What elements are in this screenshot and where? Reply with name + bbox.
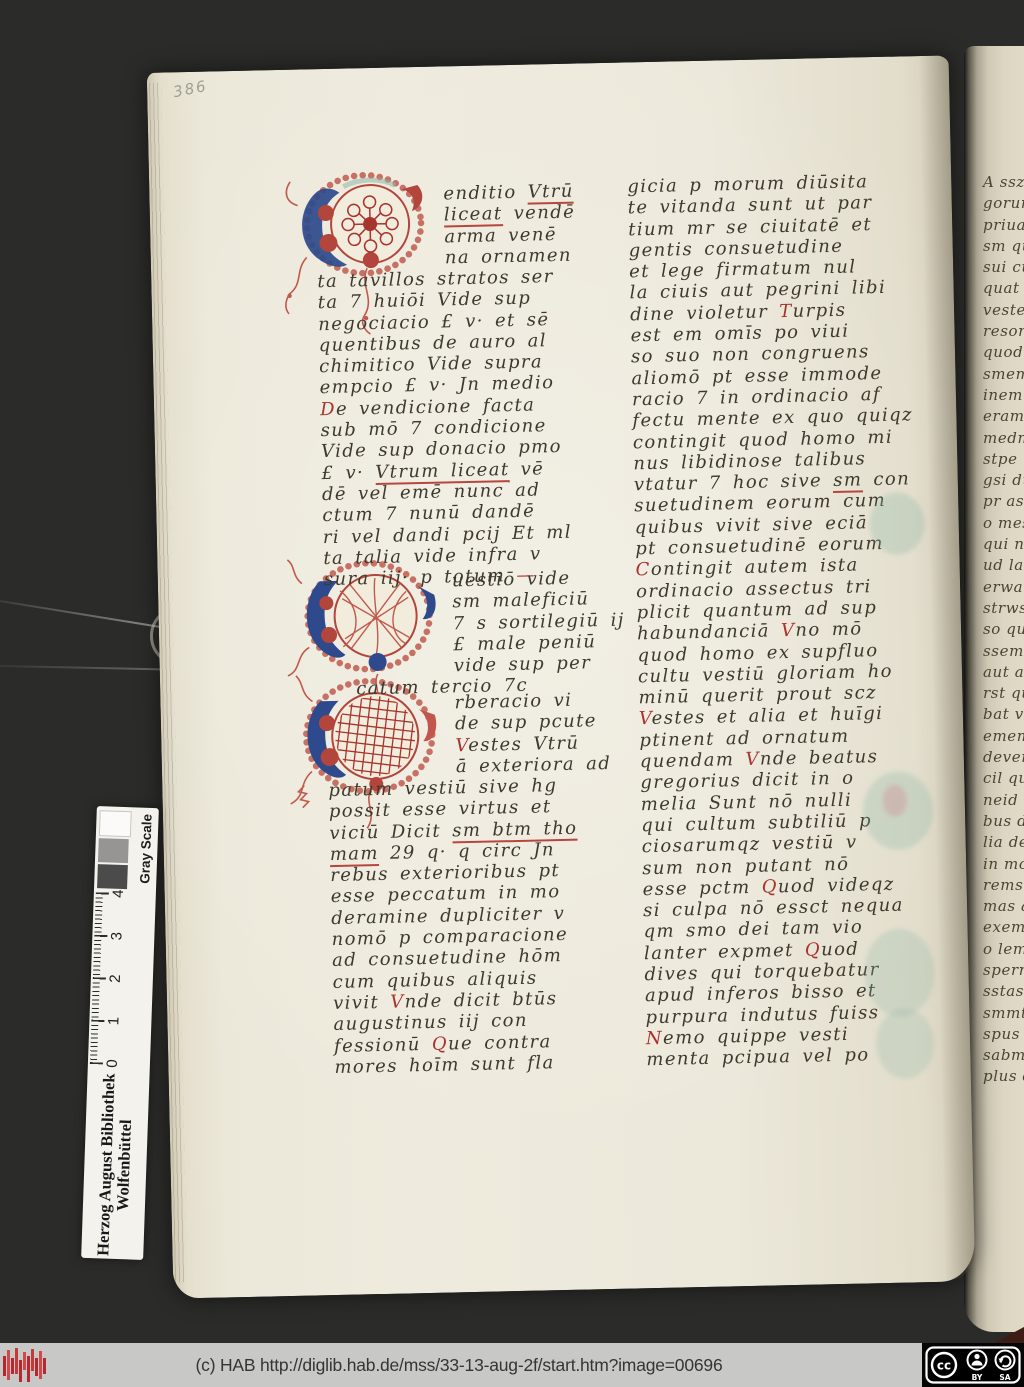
manuscript-line: gorum ms [983, 193, 1024, 214]
manuscript-line: quod mimo [983, 342, 1024, 363]
manuscript-line: neid cultus [983, 790, 1024, 811]
gray-scale-ruler-card: Herzog August Bibliothek Wolfenbüttel 01… [81, 806, 159, 1260]
manuscript-line: gsi duplex m [983, 470, 1024, 491]
manuscript-line: sstas quo sub [983, 981, 1024, 1002]
manuscript-line: smem arpo [983, 364, 1024, 385]
manuscript-line: smmt do desp [983, 1003, 1024, 1024]
manuscript-line: A ssz credr [983, 172, 1024, 193]
centimeter-ruler: 01234 [88, 888, 156, 1072]
manuscript-line: aut ad molli [983, 662, 1024, 683]
left-column-block3: patum vestiū sive hgpossit esse virtus e… [328, 775, 583, 1078]
svg-text:BY: BY [972, 1373, 983, 1382]
manuscript-line: emem ut ve [983, 726, 1024, 747]
manuscript-line: arma venē [444, 223, 576, 247]
manuscript-line: strws quod a [983, 598, 1024, 619]
cc-by-sa-badge: cc BY SA [922, 1343, 1024, 1387]
manuscript-line: lia de smeue [983, 832, 1024, 853]
manuscript-line: 7 s sortilegiū ij [453, 609, 625, 634]
manuscript-line: o lemussi css [983, 939, 1024, 960]
left-column-block1-beside-initial: enditio Vtrūliceat vendēarma venēna orna… [315, 181, 576, 272]
manuscript-line: enditio Vtrū [443, 181, 575, 205]
facing-page-text: A ssz credrgorum mspriuam qusm quod bsui… [983, 172, 1024, 1088]
manuscript-line: o mestuzemo [983, 513, 1024, 534]
ruler-number: 3 [108, 932, 125, 941]
page-holder-thread [0, 600, 170, 629]
manuscript-line: inem vesti [983, 385, 1024, 406]
manuscript-line: ssemo eidm [983, 641, 1024, 662]
manuscript-line: liceat vendē [444, 202, 576, 226]
manuscript-line: sui cultu [983, 257, 1024, 278]
manuscript-line: de sup pcute [455, 710, 611, 735]
ruler-number: 2 [107, 974, 124, 983]
ruler-number: 0 [104, 1059, 121, 1068]
left-column-block2-beside-initial: uestiō videsm maleficiū7 s sortilegiū ij… [324, 567, 626, 680]
manuscript-line: exem m apss [983, 917, 1024, 938]
gray-scale-patches [97, 810, 132, 889]
manuscript-line: in monte vb [983, 854, 1024, 875]
manuscript-line: vide sup per [454, 652, 626, 677]
manuscript-line: bat vestimen [983, 704, 1024, 725]
manuscript-line: sm quod b [983, 236, 1024, 257]
manuscript-line: vestes ordm [983, 300, 1024, 321]
digitized-manuscript-viewer: A ssz credrgorum mspriuam qusm quod bsui… [0, 0, 1024, 1387]
manuscript-line: so quod os [983, 619, 1024, 640]
left-column-block3-beside-initial: rberacio vide sup pcuteVestes Vtrūā exte… [326, 689, 611, 780]
gray-patch-dark [97, 864, 128, 889]
svg-text:cc: cc [937, 1359, 951, 1373]
folio-number-pencil: 386 [172, 77, 209, 101]
manuscript-line: sabmdanna s [983, 1045, 1024, 1066]
book-edge-shadow [994, 1327, 1024, 1343]
manuscript-line: priuam qu [983, 215, 1024, 236]
ink-showthrough [875, 1008, 935, 1079]
manuscript-line: stpe quacz i [983, 449, 1024, 470]
manuscript-line: rst quod dla [983, 683, 1024, 704]
manuscript-line: eram si non [983, 406, 1024, 427]
ruler-number: 4 [110, 889, 127, 898]
manuscript-line: erwai alai [983, 577, 1024, 598]
manuscript-line: rems vespe [983, 875, 1024, 896]
manuscript-line: mas anq pro [983, 896, 1024, 917]
manuscript-line: spernonam i [983, 960, 1024, 981]
manuscript-line: ud laborem a [983, 555, 1024, 576]
manuscript-line: medmano e [983, 428, 1024, 449]
manuscript-line: devend spm [983, 747, 1024, 768]
manuscript-line: bus dugsim [983, 811, 1024, 832]
ruler-number: 1 [105, 1017, 122, 1026]
manuscript-line: plus dirt q [983, 1066, 1024, 1087]
institution-label: Herzog August Bibliothek Wolfenbüttel [81, 1070, 150, 1260]
gray-scale-section: Gray Scale [94, 806, 159, 890]
cc-by-sa-icon: cc BY SA [925, 1346, 1021, 1384]
left-column-block1: ta tavillos stratos serta 7 huiōi Vide s… [317, 266, 573, 591]
gray-patch-white [99, 810, 132, 837]
caption-bar: (c) HAB http://diglib.hab.de/mss/33-13-a… [0, 1343, 1024, 1387]
svg-text:SA: SA [999, 1373, 1010, 1382]
manuscript-page: 386 [147, 55, 976, 1298]
manuscript-line: mores hoīm sunt fla [334, 1051, 583, 1078]
manuscript-line: qui non adb [983, 534, 1024, 555]
gray-patch-mid [98, 838, 129, 863]
image-caption: (c) HAB http://diglib.hab.de/mss/33-13-a… [0, 1343, 918, 1387]
page-holder-thread [0, 665, 178, 670]
manuscript-line: pr assectum [983, 491, 1024, 512]
manuscript-line: spus dirt s [983, 1024, 1024, 1045]
manuscript-line: ā exteriora ad [456, 753, 612, 778]
manuscript-line: quat cduna [983, 278, 1024, 299]
manuscript-line: cil quod im [983, 768, 1024, 789]
ink-showthrough [869, 492, 925, 555]
manuscript-line: resormentu [983, 321, 1024, 342]
gray-scale-label: Gray Scale [137, 808, 155, 890]
facing-page-edge: A ssz credrgorum mspriuam qusm quod bsui… [964, 46, 1024, 1332]
